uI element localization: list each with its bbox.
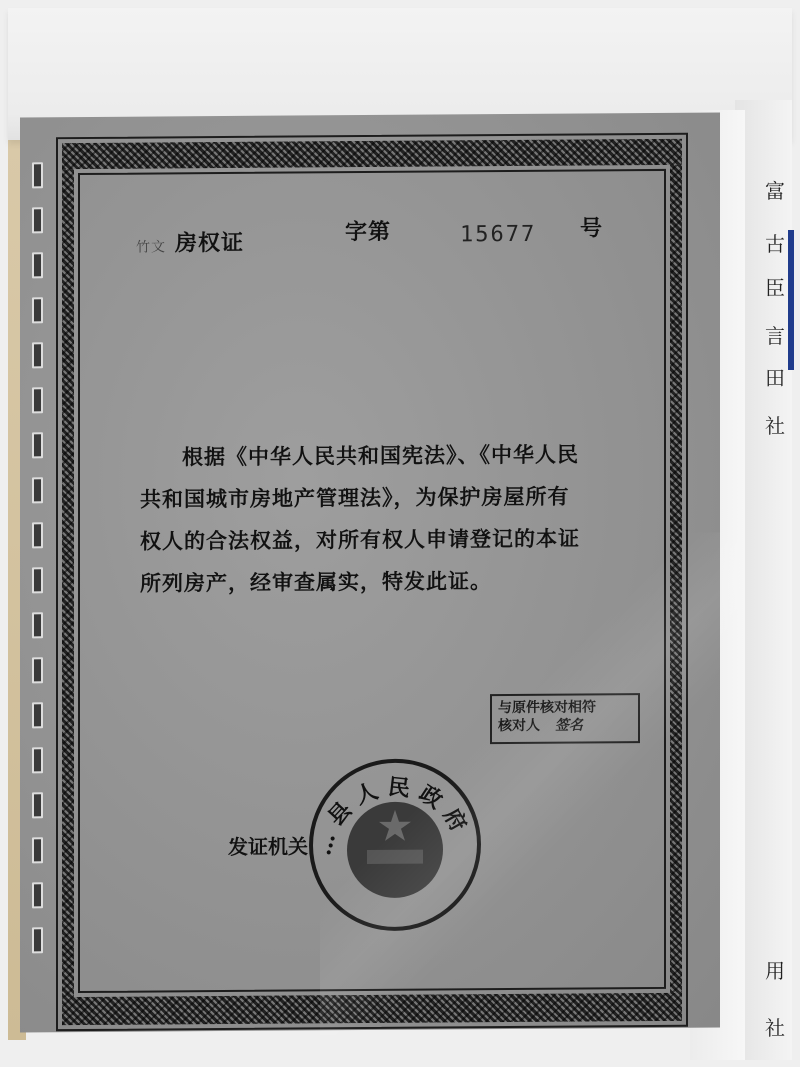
right-edge-char: 社: [762, 1012, 788, 1041]
verification-stamp-line2: 核对人 签名: [498, 716, 632, 735]
verifier-signature: 签名: [555, 718, 583, 734]
issuing-authority-label: 发证机关: [228, 830, 308, 860]
binding-hole: [32, 792, 43, 818]
binding-hole: [32, 477, 43, 503]
binding-hole: [32, 837, 43, 863]
verification-stamp-line1: 与原件核对相符: [498, 698, 632, 717]
blue-cover-edge: [788, 230, 794, 370]
right-edge-char: 田: [762, 362, 788, 391]
binding-hole: [32, 747, 43, 773]
border-pattern-bottom: [62, 993, 682, 1025]
binding-hole: [32, 567, 43, 593]
binding-holes: [32, 162, 46, 962]
binding-hole: [32, 162, 43, 188]
right-edge-char: 社: [762, 410, 788, 439]
number-suffix: 号: [580, 211, 603, 242]
character-label: 字第: [345, 215, 391, 246]
binding-hole: [32, 612, 43, 638]
binding-hole: [32, 522, 43, 548]
right-edge-char: 臣: [762, 272, 788, 301]
certificate-title: 房权证: [175, 226, 244, 257]
binding-hole: [32, 387, 43, 413]
binding-hole: [32, 657, 43, 683]
certificate-number: 15677: [460, 222, 536, 248]
binding-hole: [32, 882, 43, 908]
border-pattern-right: [670, 165, 682, 993]
verifier-label: 核对人: [498, 718, 540, 734]
binding-hole: [32, 702, 43, 728]
binding-hole: [32, 927, 43, 953]
handwritten-prefix: 竹文: [136, 236, 166, 256]
right-edge-char: 古: [762, 228, 788, 257]
binding-hole: [32, 342, 43, 368]
official-seal: …县人民政府: [305, 754, 485, 935]
property-certificate-photocopy: 竹文 房权证 字第 15677 号 根据《中华人民共和国宪法》、《中华人民共和国…: [20, 113, 720, 1033]
binding-hole: [32, 432, 43, 458]
right-edge-char: 言: [762, 320, 788, 349]
border-pattern-left: [62, 169, 74, 997]
border-pattern-top: [62, 139, 682, 169]
verification-stamp: 与原件核对相符 核对人 签名: [490, 693, 640, 744]
binding-hole: [32, 297, 43, 323]
certificate-body-text: 根据《中华人民共和国宪法》、《中华人民共和国城市房地产管理法》，为保护房屋所有权…: [140, 434, 580, 605]
certificate-header: 竹文 房权证 字第 15677 号: [20, 213, 720, 258]
right-edge-char: 富: [762, 175, 788, 204]
right-edge-char: 用: [762, 955, 788, 984]
